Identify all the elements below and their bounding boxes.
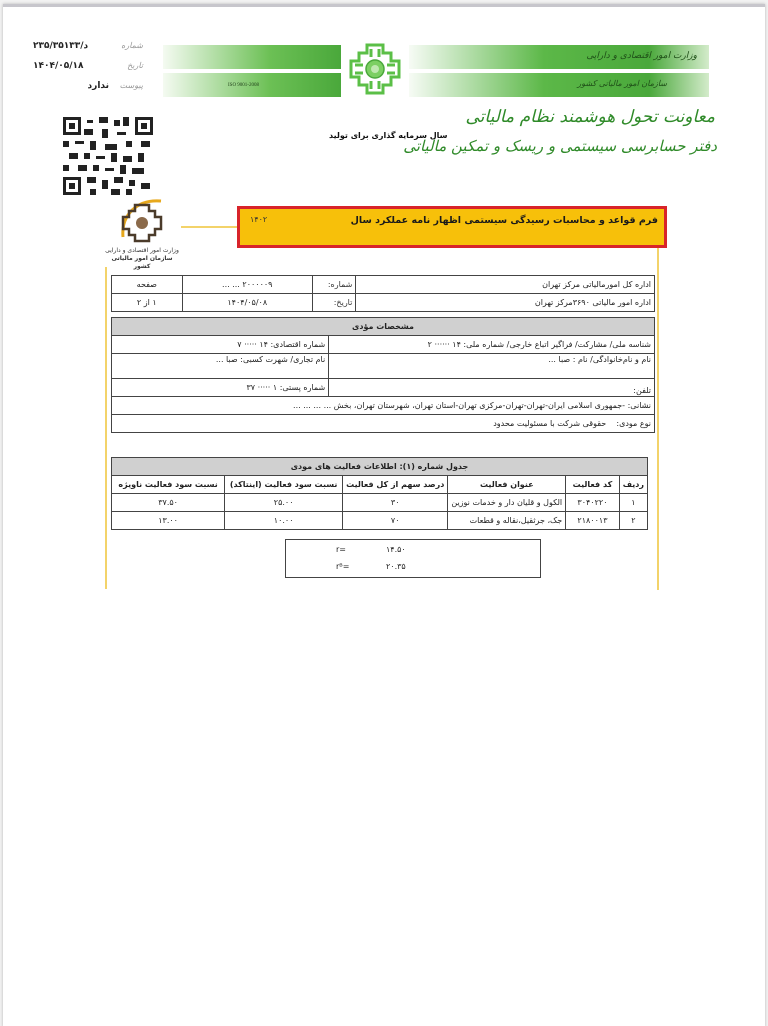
table-row: ۱ ۳۰۴۰۲۲۰ الکول و قلیان دار و خدمات نوزی… [112,494,648,512]
page-value: ۱ از ۲ [112,294,183,312]
tax-organization-emblem-icon [347,41,403,97]
logo-caption: وزارت امور اقتصادی و دارایی سازمان امور … [103,247,181,271]
cell-row: ۱ [619,494,647,512]
cell-gross-ratio: ۱۳.۰۰ [112,512,225,530]
form-title-box: فرم قواعد و محاسبات رسیدگی سیستمی اظهار … [237,206,667,248]
letter-attachment-value: ندارد [88,81,109,101]
economic-no-value: ۱۴ ····· ۷ [237,340,268,349]
letter-number-value: د/۲۳۵/۳۵۱۳۳ [33,41,88,61]
national-id-value: ۱۴ ······ ۲ [428,340,461,349]
economic-no-label: شماره اقتصادی: [270,340,325,349]
page-label: صفحه [112,276,183,294]
r-label: r= [336,545,346,554]
document-page: ISO 9001-2008 وزارت امور اقتصادی و دارای… [3,4,765,1026]
name-label: نام و نام‌خانوادگی/ نام : [573,355,651,364]
taxpayer-type-label: نوع مودی: [616,419,651,428]
activities-table: جدول شماره (۱): اطلاعات فعالیت های مودی … [111,457,648,530]
letter-date-value: ۱۴۰۴/۰۵/۱۸ [33,61,84,81]
right-vertical-rule [657,248,659,590]
ministry-name: وزارت امور اقتصادی و دارایی [586,51,697,61]
cell-gross-ratio: ۳۷.۵۰ [112,494,225,512]
general-office: اداره کل امورمالیاتی مرکز تهران [356,276,655,294]
address-value: -جمهوری اسلامی ایران-تهران-تهران-مرکزی ت… [293,401,625,410]
local-office: اداره امور مالیاتی ۳۶۹۰مرکز تهران [356,294,655,312]
cell-share: ۷۰ [343,512,448,530]
col-title: عنوان فعالیت [448,476,566,494]
name-cell: نام و نام‌خانوادگی/ نام : صبا ... [329,354,655,379]
office-date-label: تاریخ: [312,294,355,312]
iso-label: ISO 9001-2008 [228,83,259,88]
trade-name-value: صبا ... [216,355,238,364]
phone-cell: تلفن: [329,379,655,397]
letter-attachment-label: پیوست [117,81,143,101]
r-value: ۱۴.۵۰ [386,545,406,554]
header-banner-left-top [163,45,341,69]
name-value: صبا ... [548,355,570,364]
col-gross-ratio: نسبت سود فعالیت ناویژه [112,476,225,494]
col-profit-ratio: نسبت سود فعالیت (اینتاکد) [225,476,343,494]
connector-line [181,226,237,228]
postal-code-label: شماره پستی: [280,383,326,392]
organization-name: سازمان امور مالیاتی کشور [577,79,667,88]
economic-no-cell: شماره اقتصادی: ۱۴ ····· ۷ [112,336,329,354]
office-info-table: اداره کل امورمالیاتی مرکز تهران شماره: ۲… [111,275,655,312]
activities-table-title: جدول شماره (۱): اطلاعات فعالیت های مودی [112,458,648,476]
table-row: ۲ ۲۱۸۰۰۱۳ جک، جرثقیل،نقاله و قطعات ۷۰ ۱۰… [112,512,648,530]
taxpayer-type-cell: نوع مودی: حقوقی شرکت با مسئولیت محدود [112,415,655,433]
national-id-cell: شناسه ملی/ مشارکت/ فراگیر اتباع خارجی/ ش… [329,336,655,354]
logo-caption-line1: وزارت امور اقتصادی و دارایی [103,247,181,255]
office-number-value: ۲۰۰۰۰۰۹ ... ... [182,276,312,294]
summary-box: r= ۱۴.۵۰ rᴮ= ۲۰.۳۵ [285,539,541,578]
r2-label: rᴮ= [336,562,349,571]
national-id-label: شناسه ملی/ مشارکت/ فراگیر اتباع خارجی/ ش… [463,340,651,349]
letter-meta: شماره د/۲۳۵/۳۵۱۳۳ تاریخ ۱۴۰۴/۰۵/۱۸ پیوست… [33,41,143,101]
deputy-title: معاونت تحول هوشمند نظام مالیاتی [465,107,715,127]
cell-profit-ratio: ۱۰.۰۰ [225,512,343,530]
cell-code: ۳۰۴۰۲۲۰ [566,494,620,512]
taxpayer-section-title: مشخصات مؤدی [112,318,655,336]
logo-caption-line2: سازمان امور مالیاتی کشور [103,255,181,271]
qr-code-icon [63,117,153,195]
cell-share: ۳۰ [343,494,448,512]
trade-name-label: نام تجاری/ شهرت کسبی: [240,355,325,364]
address-cell: نشانی: -جمهوری اسلامی ایران-تهران-تهران-… [112,397,655,415]
cell-row: ۲ [619,512,647,530]
activities-header-row: ردیف کد فعالیت عنوان فعالیت درصد سهم از … [112,476,648,494]
cell-title: الکول و قلیان دار و خدمات نوزین [448,494,566,512]
col-row: ردیف [619,476,647,494]
postal-code-cell: شماره پستی: ۱ ····· ۳۷ [112,379,329,397]
postal-code-value: ۱ ····· ۳۷ [246,383,277,392]
tax-organization-logo-icon [117,195,167,245]
form-year: ۱۴۰۲ [250,215,267,224]
address-label: نشانی: [628,401,651,410]
letter-date-label: تاریخ [117,61,143,81]
phone-label: تلفن: [633,386,651,395]
letter-number-label: شماره [117,41,143,61]
r2-value: ۲۰.۳۵ [386,562,406,571]
office-title: دفتر حسابرسی سیستمی و ریسک و تمکین مالیا… [403,137,717,155]
cell-code: ۲۱۸۰۰۱۳ [566,512,620,530]
year-slogan: سال سرمایه گذاری برای تولید [329,131,448,140]
taxpayer-type-value: حقوقی شرکت با مسئولیت محدود [493,419,606,428]
taxpayer-table: مشخصات مؤدی شناسه ملی/ مشارکت/ فراگیر ات… [111,317,655,433]
office-date-value: ۱۴۰۴/۰۵/۰۸ [182,294,312,312]
cell-title: جک، جرثقیل،نقاله و قطعات [448,512,566,530]
form-title: فرم قواعد و محاسبات رسیدگی سیستمی اظهار … [351,215,658,226]
left-vertical-rule [105,267,107,589]
cell-profit-ratio: ۲۵.۰۰ [225,494,343,512]
col-share: درصد سهم از کل فعالیت [343,476,448,494]
office-number-label: شماره: [312,276,355,294]
col-code: کد فعالیت [566,476,620,494]
trade-name-cell: نام تجاری/ شهرت کسبی: صبا ... [112,354,329,379]
